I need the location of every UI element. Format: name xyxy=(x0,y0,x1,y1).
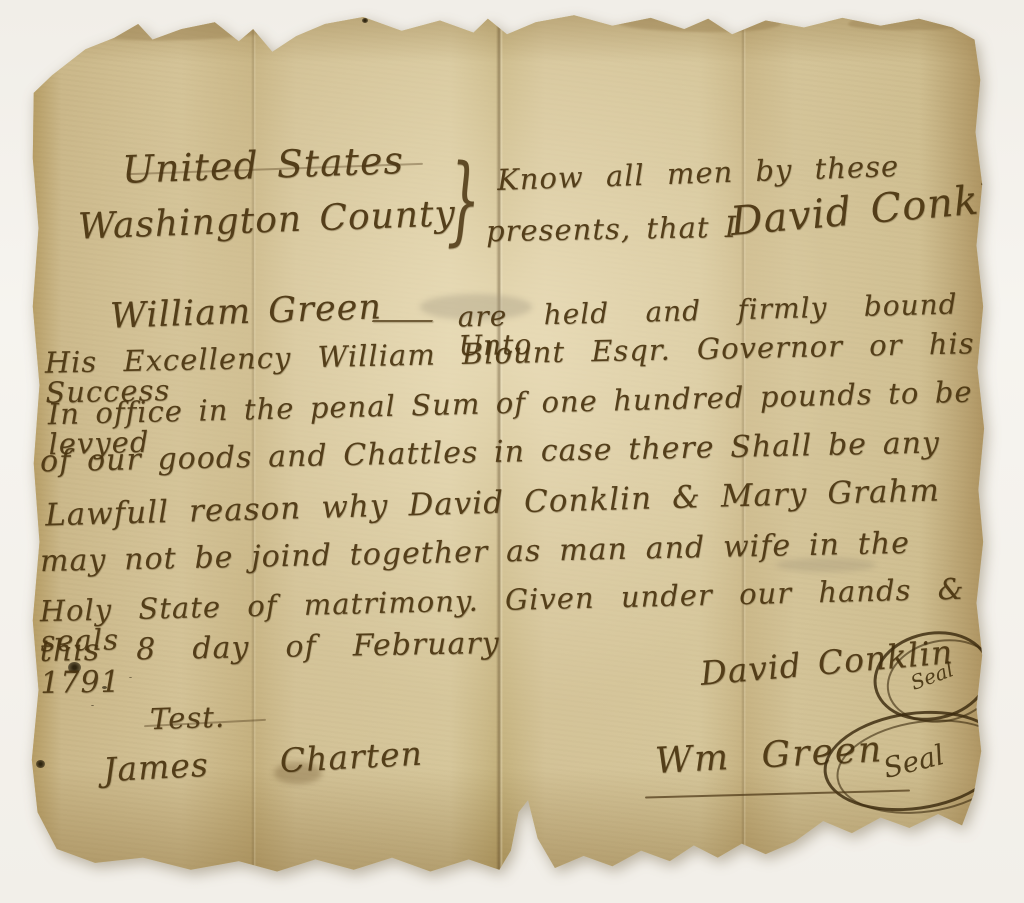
top-fold-flap xyxy=(616,11,781,34)
body-line6: may not be joind together as man and wif… xyxy=(40,528,910,578)
signature-witness: James Charten xyxy=(102,737,423,788)
ink-blot xyxy=(36,760,45,768)
top-fold-flap xyxy=(848,13,988,31)
paper-shadow-wrap: United States Washington County } Know a… xyxy=(28,10,986,882)
document-paper: United States Washington County } Know a… xyxy=(28,10,986,882)
body-line1-dash: — xyxy=(369,304,437,336)
surety-seal: Seal xyxy=(817,700,1011,822)
body-line8-date: this 8 day of February 1791 xyxy=(39,628,500,699)
body-line1-name: William Green xyxy=(109,289,382,335)
attest-label: Test. xyxy=(149,702,225,735)
body-line5: Lawfull reason why David Conklin & Mary … xyxy=(45,475,941,533)
header-open-line2: presents, that I xyxy=(486,212,738,247)
header-brace: } xyxy=(447,152,481,248)
scan-background: United States Washington County } Know a… xyxy=(0,0,1024,903)
principal-seal-label: Seal xyxy=(907,657,956,695)
top-fold-flap xyxy=(90,13,286,44)
ink-speck xyxy=(362,18,368,23)
header-place-line2: Washington County xyxy=(77,195,456,246)
surety-seal-label: Seal xyxy=(880,738,948,785)
